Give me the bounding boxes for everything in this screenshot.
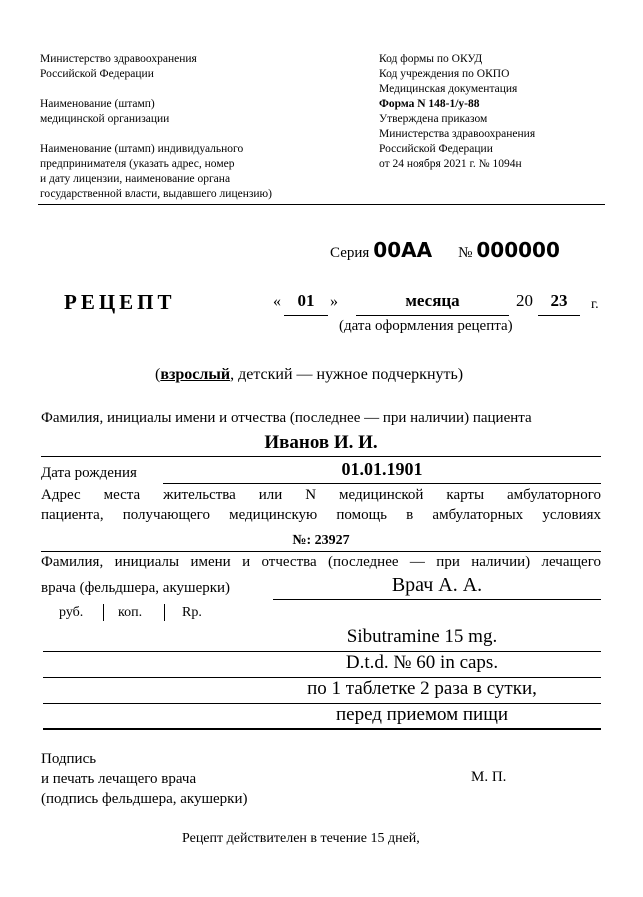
address-field[interactable]: №: 23927 [41, 533, 601, 549]
signature-line-1: Подпись [41, 749, 247, 769]
stamp-place-label: М. П. [471, 769, 506, 786]
doctor-name-field[interactable]: Врач А. А. [273, 574, 601, 597]
series-value: 00АА [373, 238, 432, 262]
entrepreneur-line-2: предпринимателя (указать адрес, номер [40, 157, 330, 172]
date-year-field[interactable]: 23 [538, 291, 580, 311]
kop-label: коп. [118, 605, 142, 621]
series-number-row: Серия 00АА № 000000 [330, 238, 560, 262]
series-label: Серия [330, 245, 369, 261]
birth-date-field[interactable]: 01.01.1901 [163, 459, 601, 480]
patient-name-field[interactable]: Иванов И. И. [41, 432, 601, 454]
entrepreneur-line-1: Наименование (штамп) индивидуального [40, 142, 330, 157]
ministry-line-1: Министерство здравоохранения [40, 52, 330, 67]
org-stamp-line-1: Наименование (штамп) [40, 97, 330, 112]
prescription-underline-4 [43, 728, 601, 730]
ministry-line-2: Российской Федерации [40, 67, 330, 82]
doctor-name-underline [273, 599, 601, 600]
birth-date-label: Дата рождения [41, 465, 137, 482]
number-label: № [458, 245, 472, 261]
header-right-block: Код формы по ОКУД Код учреждения по ОКПО… [379, 52, 609, 172]
doctor-label-line-1: Фамилия, инициалы имени и отчества (посл… [41, 554, 601, 571]
approval-line-3: Российской Федерации [379, 142, 609, 157]
patient-type-rest: , детский — нужное подчеркнуть) [230, 366, 463, 383]
rp-label: Rp. [182, 605, 202, 621]
date-month-field[interactable]: месяца [356, 291, 509, 311]
approval-line-4: от 24 ноября 2021 г. № 1094н [379, 157, 609, 172]
month-underline [356, 315, 509, 316]
entrepreneur-line-4: государственной власти, выдавшего лиценз… [40, 187, 330, 202]
validity-note: Рецепт действителен в течение 15 дней, [182, 831, 420, 847]
birth-date-underline [163, 483, 601, 484]
year-underline [538, 315, 580, 316]
patient-type-row: (взрослый, детский — нужное подчеркнуть) [155, 366, 463, 384]
prescription-line-1[interactable]: Sibutramine 15 mg. [243, 626, 601, 648]
address-underline [41, 551, 601, 552]
date-caption: (дата оформления рецепта) [339, 318, 513, 335]
day-underline [284, 315, 328, 316]
page-title: РЕЦЕПТ [64, 290, 176, 315]
okud-code-label: Код формы по ОКУД [379, 52, 609, 67]
patient-type-selected[interactable]: взрослый [160, 366, 230, 383]
prescription-line-4[interactable]: перед приемом пищи [243, 704, 601, 726]
close-quote: » [330, 293, 338, 311]
address-label-line-2: пациента, получающего медицинскую помощь… [41, 507, 601, 524]
year-unit: г. [591, 297, 599, 313]
org-stamp-line-2: медицинской организации [40, 112, 330, 127]
signature-block: Подпись и печать лечащего врача (подпись… [41, 749, 247, 809]
number-value: 000000 [476, 238, 560, 262]
med-docs-label: Медицинская документация [379, 82, 609, 97]
rub-kop-divider [103, 604, 104, 621]
signature-line-2: и печать лечащего врача [41, 769, 247, 789]
doctor-label-line-2: врача (фельдшера, акушерки) [41, 580, 230, 597]
date-day-field[interactable]: 01 [284, 291, 328, 311]
prescription-line-3[interactable]: по 1 таблетке 2 раза в сутки, [243, 678, 601, 700]
address-label-line-1: Адрес места жительства или N медицинской… [41, 487, 601, 504]
header-divider [38, 204, 605, 205]
okpo-code-label: Код учреждения по ОКПО [379, 67, 609, 82]
rub-label: руб. [59, 605, 83, 621]
entrepreneur-line-3: и дату лицензии, наименование органа [40, 172, 330, 187]
kop-rp-divider [164, 604, 165, 621]
form-number: Форма N 148-1/у-88 [379, 97, 609, 112]
approval-line-2: Министерства здравоохранения [379, 127, 609, 142]
open-quote: « [273, 293, 281, 311]
patient-name-underline [41, 456, 601, 457]
patient-name-label: Фамилия, инициалы имени и отчества (посл… [41, 410, 532, 427]
header-left-block: Министерство здравоохранения Российской … [40, 52, 330, 202]
prescription-line-2[interactable]: D.t.d. № 60 in caps. [243, 652, 601, 674]
year-prefix: 20 [516, 291, 533, 311]
approval-line-1: Утверждена приказом [379, 112, 609, 127]
signature-line-3: (подпись фельдшера, акушерки) [41, 789, 247, 809]
